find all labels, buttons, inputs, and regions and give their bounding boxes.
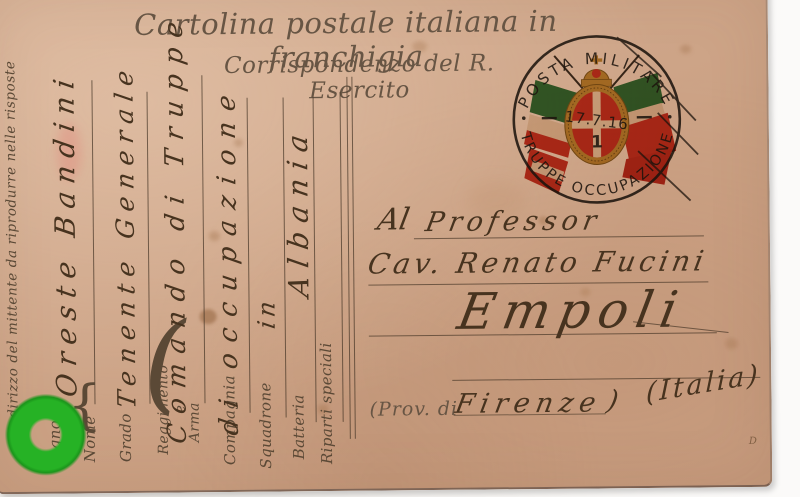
handwriting-rank: Tenente Generale [111, 61, 139, 409]
form-border-rule-inner [351, 77, 356, 439]
postmark-index: 1 [591, 132, 603, 152]
form-rule-compagnia [247, 98, 251, 413]
handwriting-paren-close: ) [605, 387, 621, 414]
form-rule-riparti [340, 92, 344, 422]
handwriting-country: (Italia) [646, 361, 761, 408]
handwriting-command: Comando di Truppe [161, 10, 191, 445]
handwriting-al: Al [375, 205, 412, 235]
field-label-riparti-speciali: Riparti speciali [319, 342, 335, 464]
form-border-rule-outer [346, 77, 351, 439]
postmark-and-emblem: POSTA MILITARE TRUPPE OCCUPAZIONE 17.7.1… [499, 28, 701, 220]
foxing-spot [725, 338, 738, 349]
form-rule-reggimento [201, 75, 205, 403]
province-printed-label: (Prov. di [369, 398, 458, 421]
postcard: Cartolina postale italiana in franchigia… [0, 0, 772, 494]
field-label-batteria: Batteria [291, 394, 307, 459]
form-rule-cognome [91, 80, 95, 404]
handwriting-occupation: di occupazione [213, 82, 242, 437]
handwriting-city: Empoli [454, 285, 689, 337]
handwriting-albania: Albania [284, 124, 314, 299]
handwriting-recipient: Cav. Renato Fucini [366, 247, 710, 278]
sender-address-note: Indirizzo del mittente da riprodurre nel… [4, 60, 21, 433]
field-label-squadrone: Squadrone [258, 382, 274, 469]
handwriting-in: in [254, 296, 278, 331]
corner-mark: D [749, 436, 757, 447]
handwriting-sender-name: Oreste Bandini [50, 70, 81, 399]
field-label-grado: Grado [119, 413, 134, 462]
green-ring-sticker [1, 390, 90, 479]
